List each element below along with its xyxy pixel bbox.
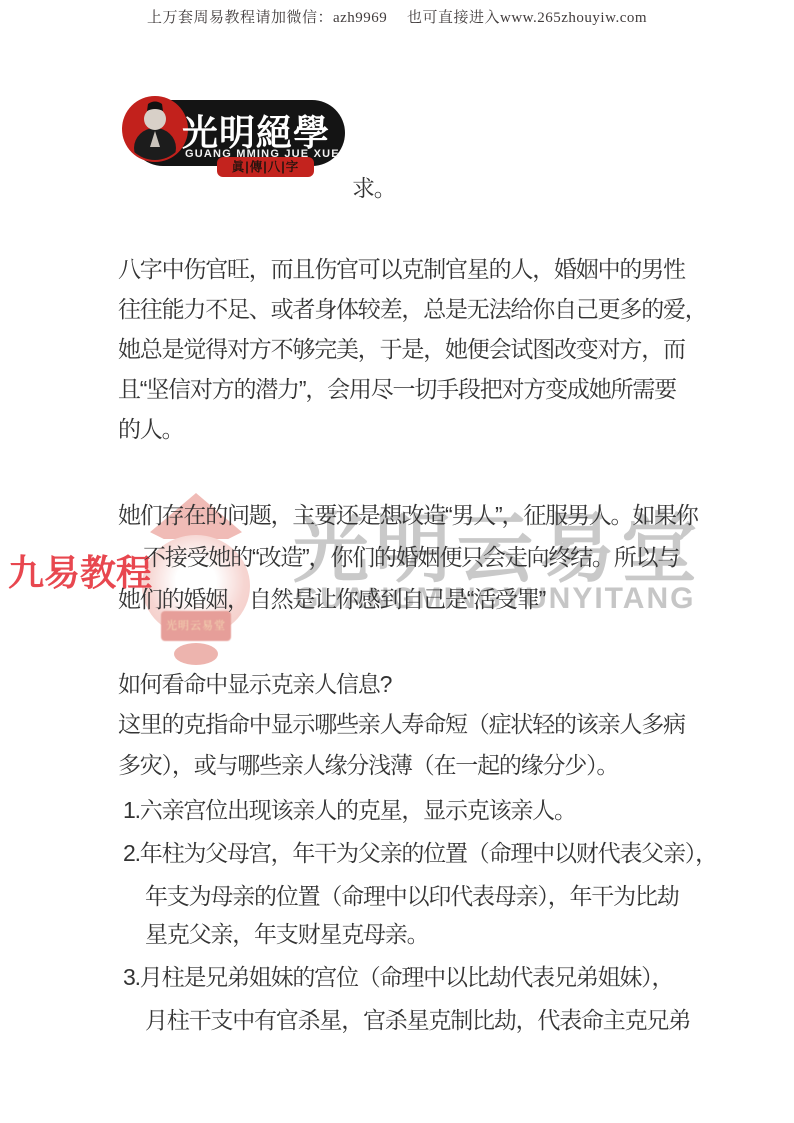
list-line: 月柱干支中有官杀星，官杀星克制比劫，代表命主克兄弟 (145, 1002, 690, 1035)
seal-base-shape (174, 643, 218, 665)
guangming-juexue-logo: 光明絕學 GUANG MMING JUE XUE 眞|傳|八|字 (118, 96, 368, 188)
list-line: 3.月柱是兄弟姐妹的宫位（命理中以比劫代表兄弟姐妹）， (123, 959, 673, 992)
paragraph-line: 且“坚信对方的潜力”，会用尽一切手段把对方变成她所需要 (118, 371, 676, 404)
paragraph-line: 的人。 (118, 411, 183, 444)
seal-label: 光明云易堂 (161, 611, 231, 641)
logo-ribbon-label: 眞|傳|八|字 (217, 157, 314, 177)
paragraph-line: 不接受她的“改造”，你们的婚姻便只会走向终结。所以与 (143, 539, 679, 572)
list-line: 1.六亲宫位出现该亲人的克星，显示克该亲人。 (123, 792, 576, 825)
document-page: 上万套周易教程请加微信：azh9969 也可直接进入www.265zhouyiw… (0, 0, 794, 1123)
header-promo-text: 上万套周易教程请加微信：azh9969 也可直接进入www.265zhouyiw… (0, 6, 794, 27)
paragraph-line: 这里的克指命中显示哪些亲人寿命短（症状轻的该亲人多病 (118, 706, 685, 739)
paragraph-line: 多灾），或与哪些亲人缘分浅薄（在一起的缘分少）。 (118, 747, 618, 780)
paragraph-line: 八字中伤官旺，而且伤官可以克制官星的人，婚姻中的男性 (118, 251, 685, 284)
paragraph-line: 她们的婚姻，自然是让你感到自己是“活受罪” (118, 581, 545, 614)
praying-man-photo-icon (124, 98, 186, 160)
paragraph-line: 她们存在的问题，主要还是想改造“男人”，征服男人。如果你 (118, 497, 698, 530)
list-line: 2.年柱为父母宫，年干为父亲的位置（命理中以财代表父亲）， (123, 835, 717, 868)
list-line: 星克父亲，年支财星克母亲。 (145, 916, 428, 949)
praying-man-icon (124, 98, 186, 160)
paragraph-line: 往往能力不足、或者身体较差，总是无法给你自己更多的爱， (118, 291, 707, 324)
list-line: 年支为母亲的位置（命理中以印代表母亲），年干为比劫 (145, 878, 679, 911)
paragraph-line: 她总是觉得对方不够完美，于是，她便会试图改变对方，而 (118, 331, 685, 364)
section-heading: 如何看命中显示克亲人信息? (118, 666, 391, 699)
